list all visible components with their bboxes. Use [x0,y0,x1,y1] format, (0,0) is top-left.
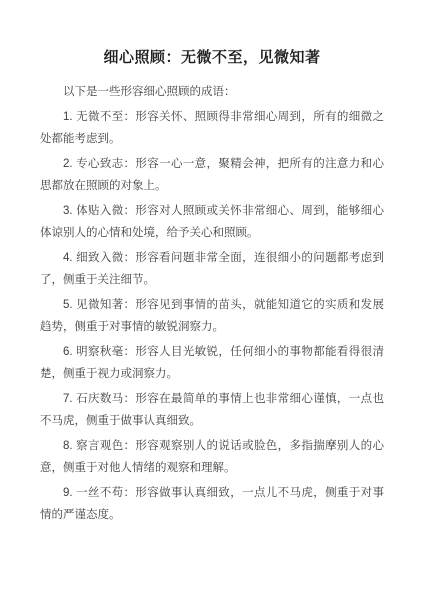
idiom-item: 7. 石庆数马：形容在最简单的事情上也非常细心谨慎，一点也不马虎，侧重于做事认真… [40,388,384,432]
idiom-list: 1. 无微不至：形容关怀、照顾得非常细心周到，所有的细微之处都能考虑到。2. 专… [40,106,384,526]
page-title: 细心照顾：无微不至，见微知著 [40,47,384,69]
document-page: 细心照顾：无微不至，见微知著 以下是一些形容细心照顾的成语： 1. 无微不至：形… [0,0,424,600]
idiom-item: 5. 见微知著：形容见到事情的苗头，就能知道它的实质和发展趋势，侧重于对事情的敏… [40,294,384,338]
idiom-item: 2. 专心致志：形容一心一意，聚精会神，把所有的注意力和心思都放在照顾的对象上。 [40,153,384,197]
idiom-item: 4. 细致入微：形容看问题非常全面，连很细小的问题都考虑到了，侧重于关注细节。 [40,247,384,291]
idiom-item: 6. 明察秋毫：形容人目光敏锐，任何细小的事物都能看得很清楚，侧重于视力或洞察力… [40,341,384,385]
idiom-item: 3. 体贴入微：形容对人照顾或关怀非常细心、周到，能够细心体谅别人的心情和处境，… [40,200,384,244]
idiom-item: 8. 察言观色：形容观察别人的说话或脸色，多指揣摩别人的心意，侧重于对他人情绪的… [40,435,384,479]
idiom-item: 9. 一丝不苟：形容做事认真细致，一点儿不马虎，侧重于对事情的严谨态度。 [40,482,384,526]
idiom-item: 1. 无微不至：形容关怀、照顾得非常细心周到，所有的细微之处都能考虑到。 [40,106,384,150]
intro-text: 以下是一些形容细心照顾的成语： [40,81,384,103]
